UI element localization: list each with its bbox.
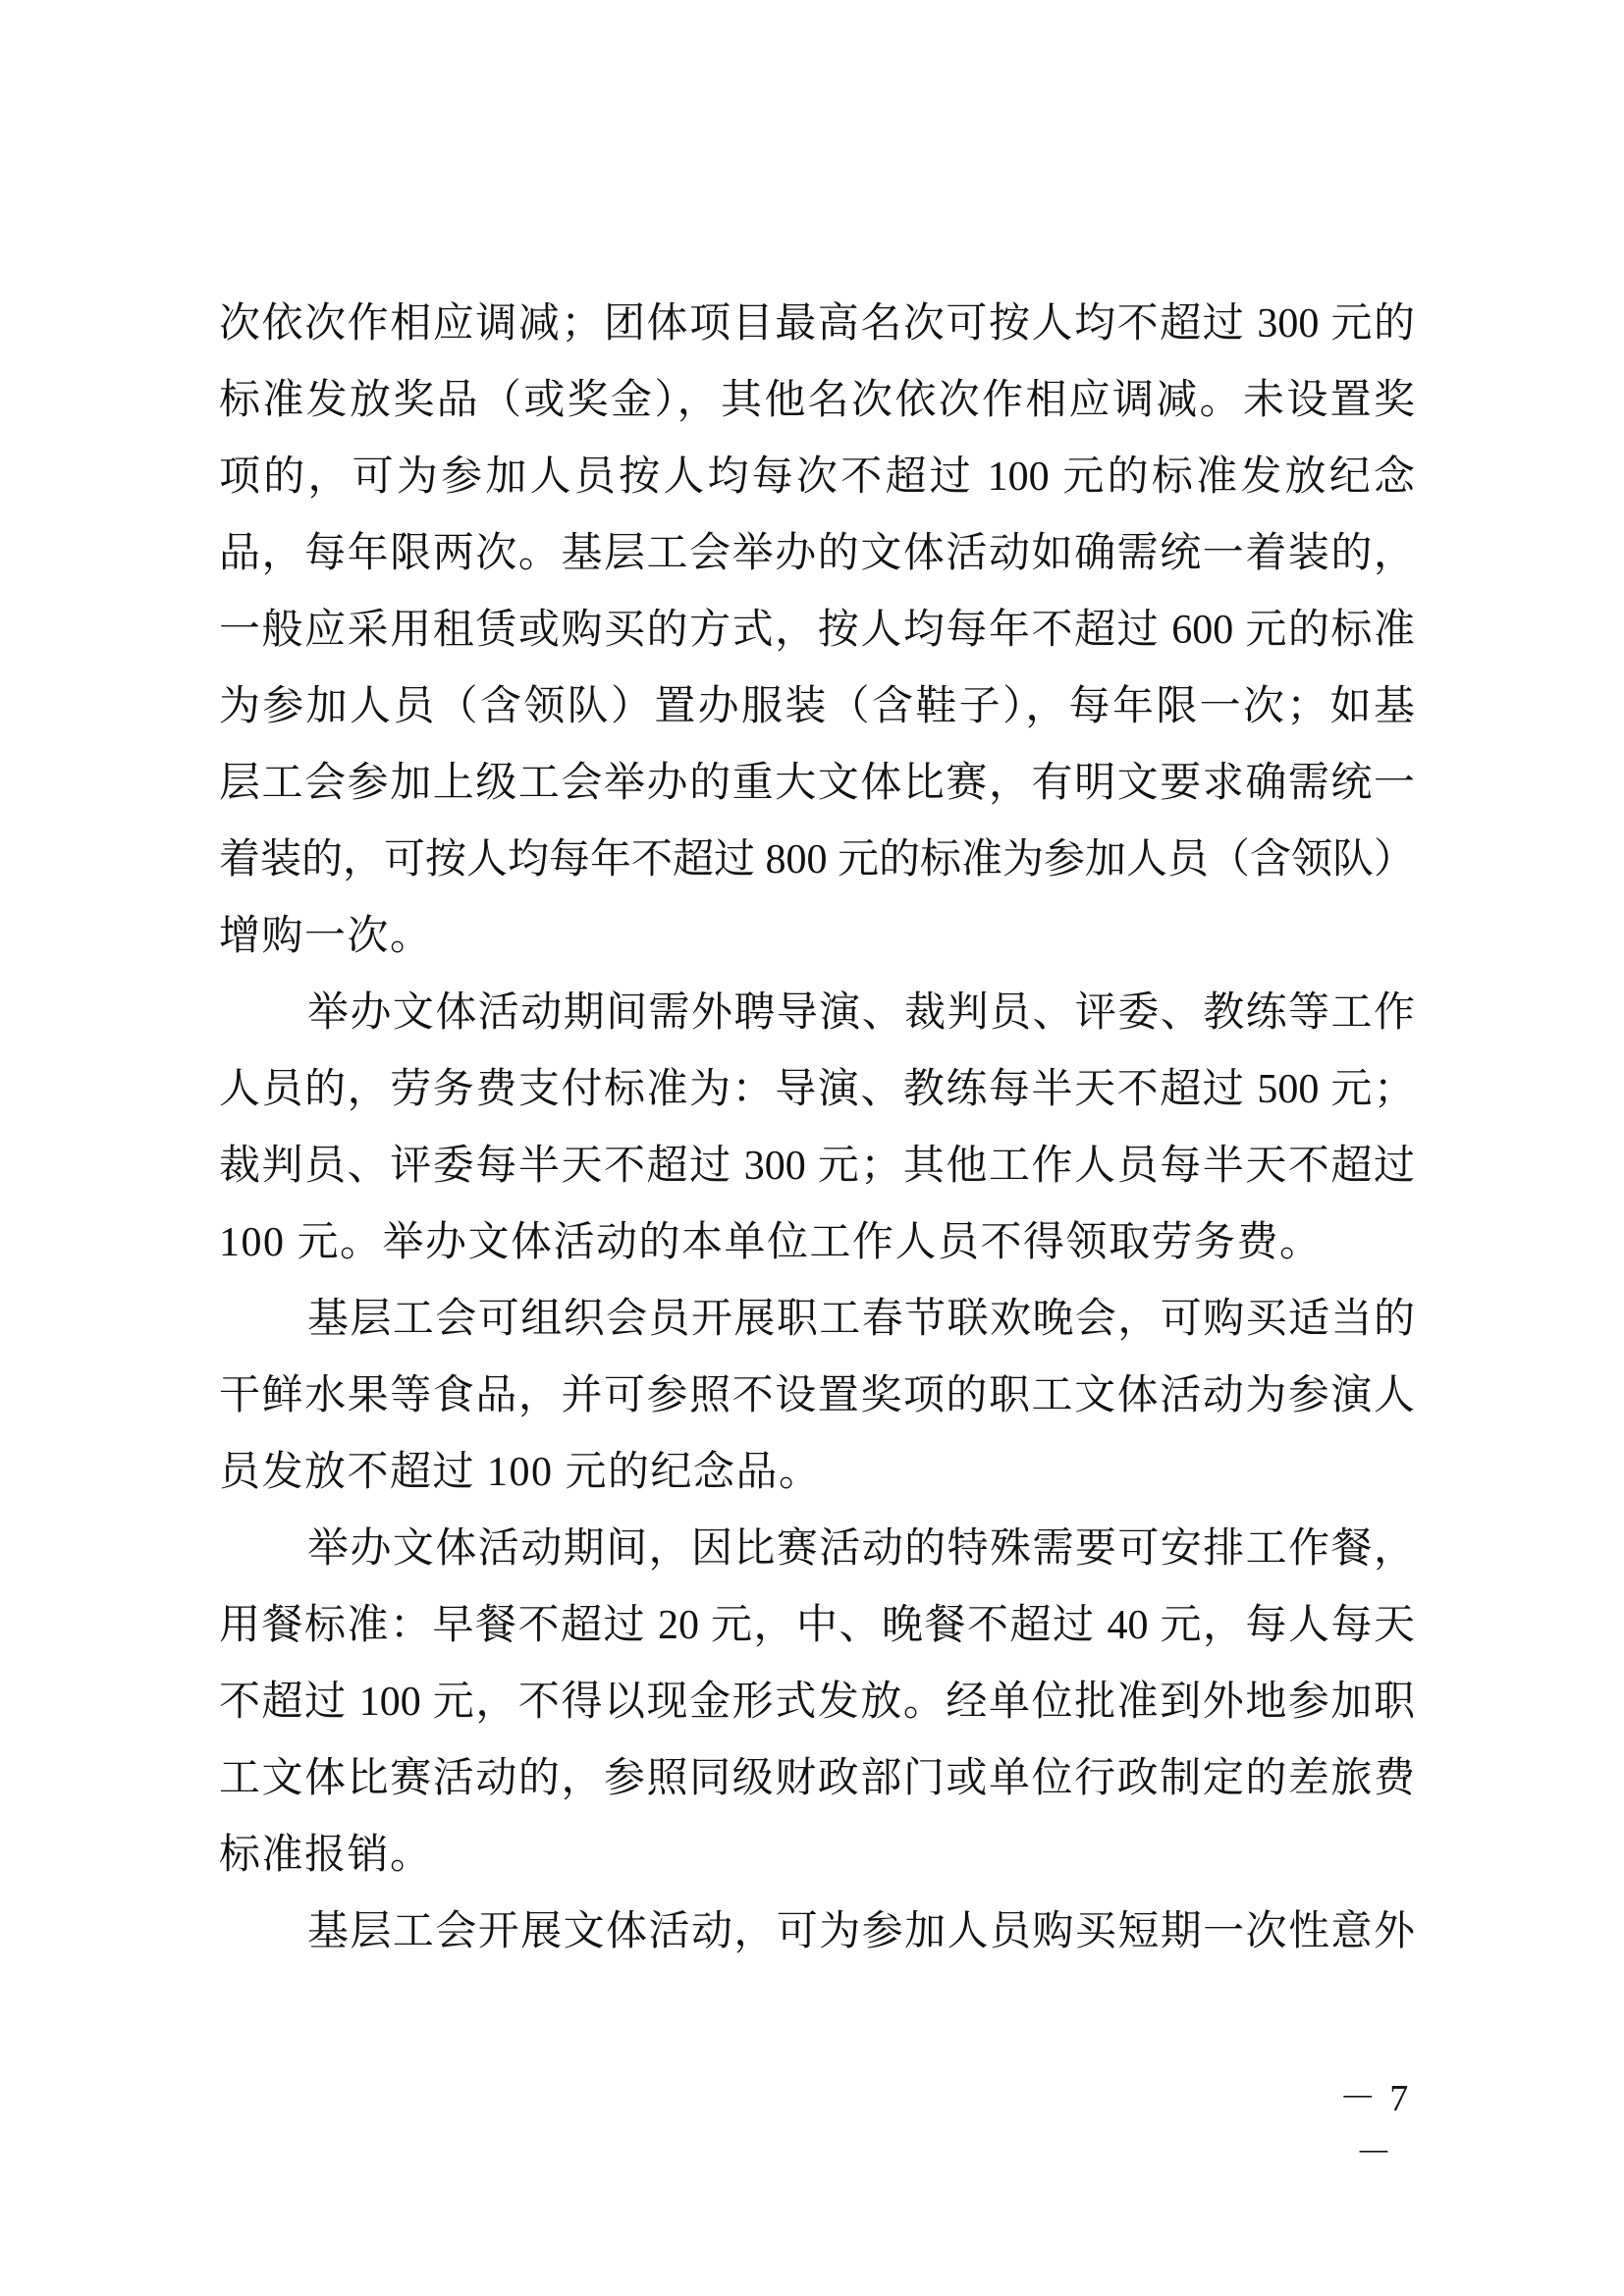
text-line: 次依次作相应调减；团体项目最高名次可按人均不超过 300 元的	[219, 286, 1415, 362]
text-line: 工文体比赛活动的，参照同级财政部门或单位行政制定的差旅费	[219, 1740, 1415, 1817]
text-line: 品，每年限两次。基层工会举办的文体活动如确需统一着装的，	[219, 515, 1415, 592]
text-line: 为参加人员（含领队）置办服装（含鞋子），每年限一次；如基	[219, 668, 1415, 745]
paragraph-first-line: 举办文体活动期间需外聘导演、裁判员、评委、教练等工作	[307, 975, 1415, 1051]
text-line: 一般应采用租赁或购买的方式，按人均每年不超过 600 元的标准	[219, 592, 1415, 668]
paragraph-first-line: 基层工会开展文体活动，可为参加人员购买短期一次性意外	[307, 1894, 1415, 1970]
text-line: 100 元。举办文体活动的本单位工作人员不得领取劳务费。	[219, 1204, 1415, 1281]
text-line: 层工会参加上级工会举办的重大文体比赛，有明文要求确需统一	[219, 745, 1415, 822]
text-line: 标准发放奖品（或奖金），其他名次依次作相应调减。未设置奖	[219, 362, 1415, 439]
text-line: 干鲜水果等食品，并可参照不设置奖项的职工文体活动为参演人	[219, 1358, 1415, 1434]
paragraph-first-line: 举办文体活动期间，因比赛活动的特殊需要可安排工作餐，	[307, 1511, 1415, 1587]
text-line: 不超过 100 元，不得以现金形式发放。经单位批准到外地参加职	[219, 1664, 1415, 1740]
text-line: 用餐标准：早餐不超过 20 元，中、晚餐不超过 40 元，每人每天	[219, 1587, 1415, 1664]
page-number: － 7 －	[1326, 2071, 1424, 2126]
text-line: 着装的，可按人均每年不超过 800 元的标准为参加人员（含领队）	[219, 822, 1415, 898]
text-line: 标准报销。	[219, 1817, 1415, 1894]
paragraph-first-line: 基层工会可组织会员开展职工春节联欢晚会，可购买适当的	[307, 1281, 1415, 1358]
document-page: 次依次作相应调减；团体项目最高名次可按人均不超过 300 元的 标准发放奖品（或…	[0, 0, 1624, 2296]
text-line: 员发放不超过 100 元的纪念品。	[219, 1434, 1415, 1511]
text-line: 项的，可为参加人员按人均每次不超过 100 元的标准发放纪念	[219, 439, 1415, 515]
text-line: 裁判员、评委每半天不超过 300 元；其他工作人员每半天不超过	[219, 1128, 1415, 1204]
text-line: 增购一次。	[219, 898, 1415, 975]
text-line: 人员的，劳务费支付标准为：导演、教练每半天不超过 500 元；	[219, 1051, 1415, 1128]
